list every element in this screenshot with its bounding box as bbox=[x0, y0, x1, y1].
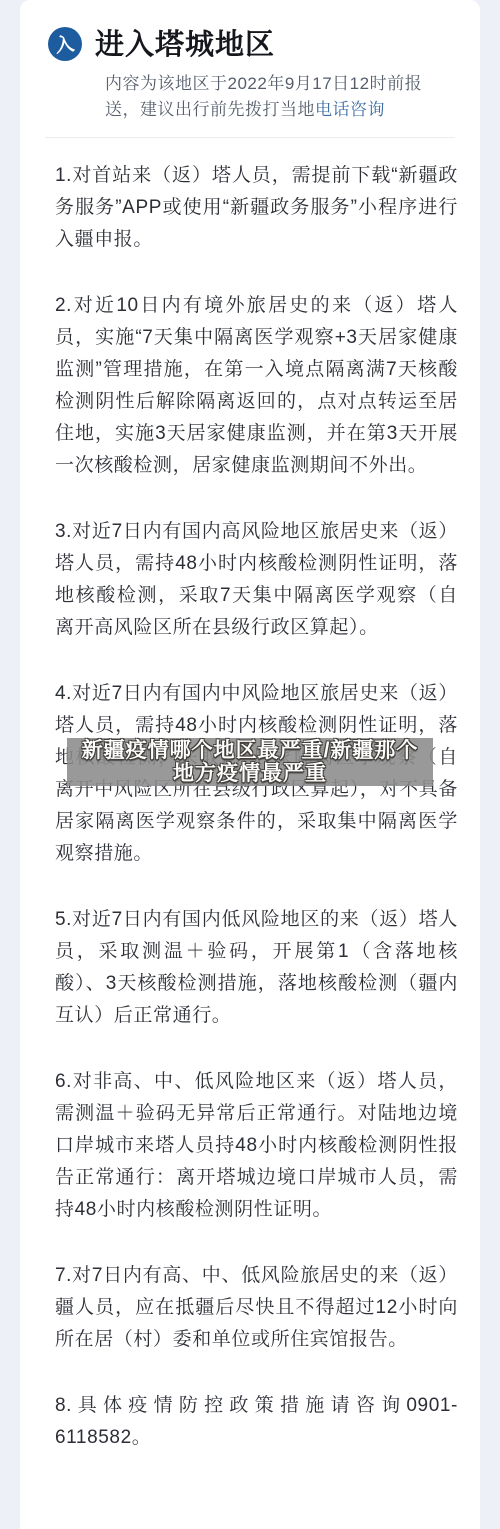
watermark-line-2: 地方疫情最严重 bbox=[67, 762, 433, 785]
page-header: 入 进入塔城地区 内容为该地区于2022年9月17日12时前报送，建议出行前先拨… bbox=[20, 0, 480, 123]
policy-item-8: 8.具体疫情防控政策措施请咨询0901-6118582。 bbox=[55, 1390, 458, 1454]
page-title: 进入塔城地区 bbox=[95, 22, 275, 63]
watermark-line-1: 新疆疫情哪个地区最严重/新疆那个 bbox=[67, 739, 433, 762]
policy-item-5: 5.对近7日内有国内低风险地区的来（返）塔人员，采取测温＋验码，开展第1（含落地… bbox=[55, 904, 458, 1032]
policy-item-6: 6.对非高、中、低风险地区来（返）塔人员，需测温＋验码无异常后正常通行。对陆地边… bbox=[55, 1066, 458, 1226]
phone-consult-link[interactable]: 电话咨询 bbox=[315, 100, 385, 119]
policy-item-7: 7.对7日内有高、中、低风险旅居史的来（返）疆人员，应在抵疆后尽快且不得超过12… bbox=[55, 1260, 458, 1356]
report-note: 内容为该地区于2022年9月17日12时前报送，建议出行前先拨打当地电话咨询 bbox=[105, 71, 455, 123]
policy-item-2: 2.对近10日内有境外旅居史的来（返）塔人员，实施“7天集中隔离医学观察+3天居… bbox=[55, 290, 458, 482]
enter-region-icon: 入 bbox=[48, 27, 82, 61]
watermark-overlay: 新疆疫情哪个地区最严重/新疆那个 地方疫情最严重 bbox=[67, 738, 433, 786]
policy-item-1: 1.对首站来（返）塔人员，需提前下载“新疆政务服务”APP或使用“新疆政务服务”… bbox=[55, 160, 458, 256]
policy-item-3: 3.对近7日内有国内高风险地区旅居史来（返）塔人员，需持48小时内核酸检测阴性证… bbox=[55, 516, 458, 644]
policy-list: 1.对首站来（返）塔人员，需提前下载“新疆政务服务”APP或使用“新疆政务服务”… bbox=[20, 138, 480, 1454]
page-background: 入 进入塔城地区 内容为该地区于2022年9月17日12时前报送，建议出行前先拨… bbox=[0, 0, 500, 1529]
